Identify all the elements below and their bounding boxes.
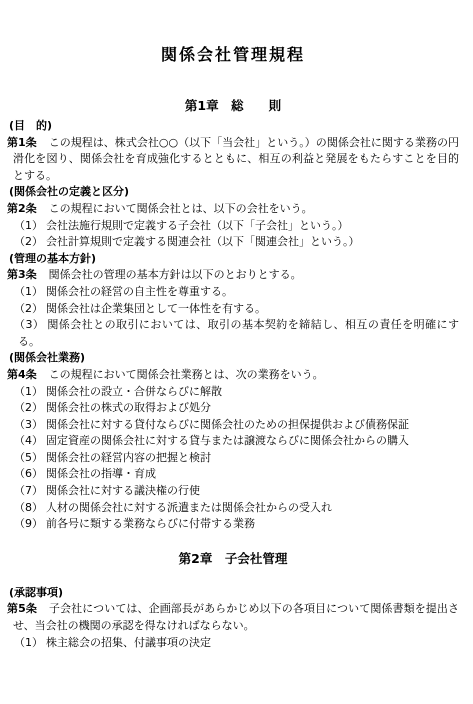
article-2-item-2: （2）会社計算規則で定義する関連会社（以下「関連会社」という。） [14, 234, 459, 251]
item-text: 関係会社の経営の自主性を尊重する。 [46, 285, 233, 298]
item-number: （2） [14, 302, 43, 315]
article-4-item-2: （2）関係会社の株式の取得および処分 [14, 400, 459, 417]
item-text: 株主総会の招集、付議事項の決定 [46, 636, 211, 649]
document-title: 関係会社管理規程 [7, 45, 459, 65]
article-4-item-1: （1）関係会社の設立・合併ならびに解散 [14, 384, 459, 401]
item-text: 前各号に類する業務ならびに付帯する業務 [46, 517, 255, 530]
item-text: 関係会社との取引においては、取引の基本契約を締結し、相互の責任を明確にする。 [18, 318, 459, 348]
article-4-item-8: （8）人材の関係会社に対する派遣または関係会社からの受入れ [14, 500, 459, 517]
article-3-item-2: （2）関係会社は企業集団として一体性を有する。 [14, 301, 459, 318]
section-caption-definition: (関係会社の定義と区分) [9, 184, 459, 201]
article-5: 第5条子会社については、企画部長があらかじめ以下の各項目について関係書類を提出さ… [7, 601, 459, 634]
item-text: 固定資産の関係会社に対する貸与または譲渡ならびに関係会社からの購入 [46, 434, 409, 447]
item-number: （6） [14, 467, 43, 480]
item-number: （9） [14, 517, 43, 530]
item-number: （2） [14, 401, 43, 414]
article-1-number: 第1条 [7, 136, 37, 149]
section-caption-approval: (承認事項) [9, 585, 459, 602]
item-text: 会社法施行規則で定義する子会社（以下「子会社」という。） [46, 219, 349, 232]
section-caption-purpose: (目 的) [9, 118, 459, 135]
item-number: （1） [14, 285, 43, 298]
item-number: （3） [14, 318, 44, 331]
article-2-number: 第2条 [7, 202, 37, 215]
item-number: （7） [14, 484, 43, 497]
article-3: 第3条関係会社の管理の基本方針は以下のとおりとする。 [7, 267, 459, 284]
article-5-item-1: （1）株主総会の招集、付議事項の決定 [14, 635, 459, 652]
article-3-number: 第3条 [7, 268, 37, 281]
article-4-item-7: （7）関係会社に対する議決権の行使 [14, 483, 459, 500]
article-2-text: この規程において関係会社とは、以下の会社をいう。 [49, 202, 313, 215]
item-text: 人材の関係会社に対する派遣または関係会社からの受入れ [46, 501, 332, 514]
article-4-item-5: （5）関係会社の経営内容の把握と検討 [14, 450, 459, 467]
article-2: 第2条この規程において関係会社とは、以下の会社をいう。 [7, 201, 459, 218]
article-4-item-6: （6）関係会社の指導・育成 [14, 466, 459, 483]
chapter-2-heading: 第2章 子会社管理 [7, 551, 459, 567]
item-text: 関係会社に対する議決権の行使 [46, 484, 200, 497]
article-1: 第1条この規程は、株式会社○○（以下「当会社」という。）の関係会社に関する業務の… [7, 135, 459, 185]
article-4-item-4: （4）固定資産の関係会社に対する貸与または譲渡ならびに関係会社からの購入 [14, 433, 459, 450]
item-text: 関係会社の指導・育成 [46, 467, 156, 480]
item-number: （3） [14, 418, 43, 431]
item-number: （1） [14, 385, 43, 398]
article-4-item-3: （3）関係会社に対する貸付ならびに関係会社のための担保提供および債務保証 [14, 417, 459, 434]
item-text: 関係会社の経営内容の把握と検討 [46, 451, 211, 464]
item-number: （5） [14, 451, 43, 464]
item-number: （1） [14, 219, 43, 232]
item-text: 関係会社は企業集団として一体性を有する。 [46, 302, 266, 315]
article-4-item-9: （9）前各号に類する業務ならびに付帯する業務 [14, 516, 459, 533]
chapter-1-heading: 第1章 総 則 [7, 98, 459, 114]
article-3-item-3: （3）関係会社との取引においては、取引の基本契約を締結し、相互の責任を明確にする… [14, 317, 459, 350]
article-2-item-1: （1）会社法施行規則で定義する子会社（以下「子会社」という。） [14, 218, 459, 235]
article-1-text: この規程は、株式会社○○（以下「当会社」という。）の関係会社に関する業務の円滑化… [13, 136, 459, 182]
item-number: （4） [14, 434, 43, 447]
document-page: 関係会社管理規程 第1章 総 則 (目 的) 第1条この規程は、株式会社○○（以… [0, 0, 473, 704]
item-number: （1） [14, 636, 43, 649]
item-text: 関係会社の株式の取得および処分 [46, 401, 211, 414]
section-caption-policy: (管理の基本方針) [9, 251, 459, 268]
article-4-number: 第4条 [7, 368, 37, 381]
article-4: 第4条この規程において関係会社業務とは、次の業務をいう。 [7, 367, 459, 384]
article-5-text: 子会社については、企画部長があらかじめ以下の各項目について関係書類を提出させ、当… [13, 602, 459, 632]
article-4-text: この規程において関係会社業務とは、次の業務をいう。 [49, 368, 324, 381]
article-3-text: 関係会社の管理の基本方針は以下のとおりとする。 [49, 268, 302, 281]
article-5-number: 第5条 [7, 602, 37, 615]
section-caption-business: (関係会社業務) [9, 350, 459, 367]
item-number: （2） [14, 235, 43, 248]
item-text: 会社計算規則で定義する関連会社（以下「関連会社」という。） [46, 235, 360, 248]
article-3-item-1: （1）関係会社の経営の自主性を尊重する。 [14, 284, 459, 301]
item-text: 関係会社の設立・合併ならびに解散 [46, 385, 222, 398]
item-number: （8） [14, 501, 43, 514]
item-text: 関係会社に対する貸付ならびに関係会社のための担保提供および債務保証 [46, 418, 409, 431]
